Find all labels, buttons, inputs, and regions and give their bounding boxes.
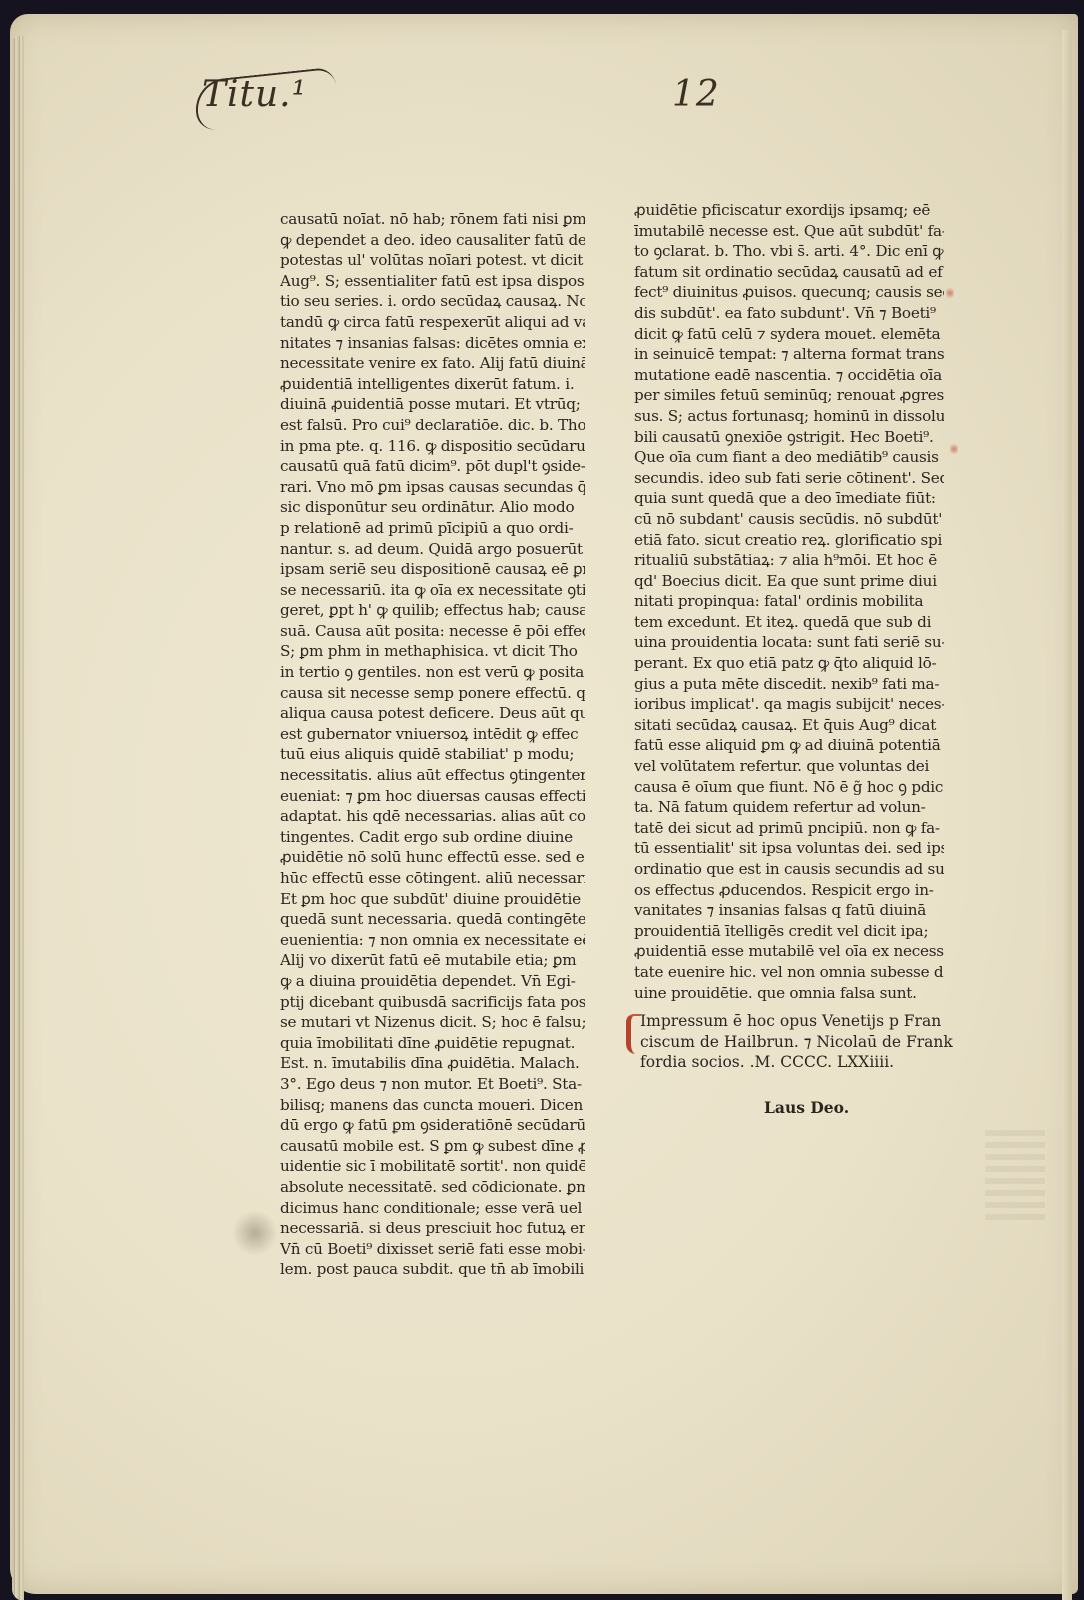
text-line: absolute necessitatē. sed cōdicionate. ꝑ… bbox=[280, 1177, 585, 1198]
red-marginal-mark bbox=[946, 286, 954, 300]
text-line: in tertio ꝯ gentiles. non est verū ꝙ pos… bbox=[280, 662, 585, 683]
text-line: dis subdūt'. ea fato subdunt'. Vn̄ ⁊ Boe… bbox=[634, 303, 944, 324]
text-line: vanitates ⁊ insanias falsas q fatū diuin… bbox=[634, 900, 944, 921]
text-line: etiā fato. sicut creatio reꝝ. glorificat… bbox=[634, 530, 944, 551]
show-through-text bbox=[985, 1130, 1045, 1220]
text-line: secundis. ideo sub fati serie cōtinent'.… bbox=[634, 468, 944, 489]
text-line: causatū quā fatū dicim⁹. pōt dupl't ꝯsid… bbox=[280, 456, 585, 477]
text-line: Et ꝑm hoc que subdūt' diuine prouidētie bbox=[280, 889, 585, 910]
text-line: sitati secūdaꝝ causaꝝ. Et q̄uis Aug⁹ dic… bbox=[634, 715, 944, 736]
text-line: ordinatio que est in causis secundis ad … bbox=[634, 859, 944, 880]
text-line: tū essentialit' sit ipsa voluntas dei. s… bbox=[634, 838, 944, 859]
text-line: suā. Causa aūt posita: necesse ē pōi eff… bbox=[280, 621, 585, 642]
text-line: in pma pte. q. 116. ꝙ dispositio secūdar… bbox=[280, 436, 585, 457]
colophon: Impressum ē hoc opus Venetijs p Fran cis… bbox=[640, 1012, 960, 1074]
text-line: hūc effectū esse cōtingent. aliū necessa… bbox=[280, 868, 585, 889]
text-line: īmutabilē necesse est. Que aūt subdūt' f… bbox=[634, 221, 944, 242]
text-line: to ꝯclarat. b. Tho. vbi s̄. arti. 4°. Di… bbox=[634, 241, 944, 262]
text-line: nitati propinqua: fatal' ordinis mobilit… bbox=[634, 591, 944, 612]
text-line: Alij vo dixerūt fatū eē mutabile etia; ꝑ… bbox=[280, 950, 585, 971]
text-line: Est. n. īmutabilis dīna ꝓuidētia. Malach… bbox=[280, 1053, 585, 1074]
text-line: fect⁹ diuinitus ꝓuisos. quecunq; causis … bbox=[634, 282, 944, 303]
text-line: nantur. s. ad deum. Quidā argo posuerūt bbox=[280, 539, 585, 560]
text-line: tem excedunt. Et iteꝝ. quedā que sub di bbox=[634, 612, 944, 633]
text-line: qd' Boecius dicit. Ea que sunt prime diu… bbox=[634, 571, 944, 592]
text-line: se necessariū. ita ꝙ oīa ex necessitate … bbox=[280, 580, 585, 601]
text-line: causa sit necesse semp ponere effectū. q… bbox=[280, 683, 585, 704]
text-line: perant. Ex quo etiā patz ꝙ q̄to aliquid … bbox=[634, 653, 944, 674]
text-line: necessitatis. alius aūt effectus ꝯtingen… bbox=[280, 765, 585, 786]
text-line: ioribus implicat'. qa magis subijcit' ne… bbox=[634, 694, 944, 715]
text-line: necessariā. si deus presciuit hoc futuꝝ … bbox=[280, 1218, 585, 1239]
colophon-line: Impressum ē hoc opus Venetijs p Fran bbox=[640, 1012, 960, 1033]
handwritten-title-note: Titu.¹ bbox=[202, 74, 307, 115]
text-line: p relationē ad primū pīcipiū a quo ordi- bbox=[280, 518, 585, 539]
text-line: gius a puta mēte discedit. nexib⁹ fati m… bbox=[634, 674, 944, 695]
text-line: quia īmobilitati dīne ꝓuidētie repugnat. bbox=[280, 1033, 585, 1054]
text-line: potestas ul' volūtas noīari potest. vt d… bbox=[280, 250, 585, 271]
right-text-column: ꝓuidētie pficiscatur exordijs ipsamq; eē… bbox=[634, 200, 944, 1003]
text-line: causa ē oīum que fiunt. Nō ē g̃ hoc ꝯ pd… bbox=[634, 777, 944, 798]
text-line: ꝓuidētie pficiscatur exordijs ipsamq; eē bbox=[634, 200, 944, 221]
text-line: S; ꝑm phm in methaphisica. vt dicit Tho bbox=[280, 641, 585, 662]
text-line: rari. Vno mō ꝑm ipsas causas secundas q̄ bbox=[280, 477, 585, 498]
text-line: est gubernator vniuersoꝝ intēdit ꝙ effec bbox=[280, 724, 585, 745]
text-line: 3°. Ego deus ⁊ non mutor. Et Boeti⁹. Sta… bbox=[280, 1074, 585, 1095]
text-line: Que oīa cum fiant a deo mediātib⁹ causis bbox=[634, 447, 944, 468]
text-line: dicimus hanc conditionale; esse verā uel bbox=[280, 1198, 585, 1219]
rubric-paragraph-mark bbox=[626, 1014, 641, 1054]
text-line: est falsū. Pro cui⁹ declaratiōe. dic. b.… bbox=[280, 415, 585, 436]
text-line: ꝙ dependet a deo. ideo causaliter fatū d… bbox=[280, 230, 585, 251]
colophon-line: fordia socios. .M. CCCC. LXXiiii. bbox=[640, 1053, 960, 1074]
text-line: vel volūtatem refertur. que voluntas dei bbox=[634, 756, 944, 777]
text-line: in seinuicē tempat: ⁊ alterna format tra… bbox=[634, 344, 944, 365]
text-line: ꝓuidentiā intelligentes dixerūt fatum. i… bbox=[280, 374, 585, 395]
text-line: ꝓuidētie nō solū hunc effectū esse. sed … bbox=[280, 847, 585, 868]
text-line: eueniat: ⁊ ꝑm hoc diuersas causas effect… bbox=[280, 786, 585, 807]
handwritten-folio-number: 12 bbox=[672, 74, 720, 115]
text-line: lem. post pauca subdit. que tn̄ ab īmobi… bbox=[280, 1259, 585, 1280]
text-line: ꝓuidentiā esse mutabilē vel oīa ex neces… bbox=[634, 941, 944, 962]
red-marginal-mark bbox=[950, 442, 958, 456]
text-line: fatum sit ordinatio secūdaꝝ causatū ad e… bbox=[634, 262, 944, 283]
text-line: ꝙ a diuina prouidētia dependet. Vn̄ Egi- bbox=[280, 971, 585, 992]
text-line: necessitate venire ex fato. Alij fatū di… bbox=[280, 353, 585, 374]
text-line: sic disponūtur seu ordinātur. Alio modo bbox=[280, 497, 585, 518]
text-line: causatū mobile est. S ꝑm ꝙ subest dīne ꝓ… bbox=[280, 1136, 585, 1157]
text-line: tuū eius aliquis quidē stabiliat' p modu… bbox=[280, 744, 585, 765]
text-line: ptij dicebant quibusdā sacrificijs fata … bbox=[280, 992, 585, 1013]
text-line: dicit ꝙ fatū celū ⁊ sydera mouet. elemēt… bbox=[634, 324, 944, 345]
text-line: causatū noīat. nō hab; rōnem fati nisi ꝑ… bbox=[280, 209, 585, 230]
text-line: cū nō subdant' causis secūdis. nō subdūt… bbox=[634, 509, 944, 530]
text-line: quedā sunt necessaria. quedā contingēter bbox=[280, 909, 585, 930]
text-line: Aug⁹. S; essentialiter fatū est ipsa dis… bbox=[280, 271, 585, 292]
text-line: dū ergo ꝙ fatū ꝑm ꝯsideratiōnē secūdarū bbox=[280, 1115, 585, 1136]
text-line: tate euenire hic. vel non omnia subesse … bbox=[634, 962, 944, 983]
text-line: Vn̄ cū Boeti⁹ dixisset seriē fati esse m… bbox=[280, 1239, 585, 1260]
text-line: os effectus ꝓducendos. Respicit ergo in- bbox=[634, 880, 944, 901]
text-line: per similes fetuū seminūq; renouat ꝓgres bbox=[634, 385, 944, 406]
text-line: uidentie sic ī mobilitatē sortit'. non q… bbox=[280, 1156, 585, 1177]
text-line: ipsam seriē seu dispositionē causaꝝ eē ꝑ… bbox=[280, 559, 585, 580]
text-line: uina prouidentia locata: sunt fati seriē… bbox=[634, 632, 944, 653]
text-line: geret, ꝑpt h' ꝙ quilib; effectus hab; ca… bbox=[280, 600, 585, 621]
text-line: bilisq; manens das cuncta moueri. Dicen bbox=[280, 1095, 585, 1116]
text-line: uine prouidētie. que omnia falsa sunt. bbox=[634, 983, 944, 1004]
text-line: tandū ꝙ circa fatū respexerūt aliqui ad … bbox=[280, 312, 585, 333]
left-text-column: causatū noīat. nō hab; rōnem fati nisi ꝑ… bbox=[280, 209, 585, 1280]
text-line: aliqua causa potest deficere. Deus aūt q… bbox=[280, 703, 585, 724]
text-line: bili causatū ꝯnexiōe ꝯstrigit. Hec Boeti… bbox=[634, 427, 944, 448]
text-line: tatē dei sicut ad primū pncipiū. non ꝙ f… bbox=[634, 818, 944, 839]
text-line: euenientia: ⁊ non omnia ex necessitate e… bbox=[280, 930, 585, 951]
text-line: ta. Nā fatum quidem refertur ad volun- bbox=[634, 797, 944, 818]
text-line: fatū esse aliquid ꝑm ꝙ ad diuinā potenti… bbox=[634, 735, 944, 756]
text-line: diuinā ꝓuidentiā posse mutari. Et vtrūq; bbox=[280, 394, 585, 415]
text-line: sus. S; actus fortunasq; hominū in disso… bbox=[634, 406, 944, 427]
colophon-line: ciscum de Hailbrun. ⁊ Nicolaū de Frank bbox=[640, 1033, 960, 1054]
text-line: se mutari vt Nizenus dicit. S; hoc ē fal… bbox=[280, 1012, 585, 1033]
closing-laus-deo: Laus Deo. bbox=[764, 1098, 849, 1117]
ink-stain bbox=[232, 1210, 278, 1256]
page-right-edge bbox=[1062, 30, 1072, 1600]
text-line: mutatione eadē nascentia. ⁊ occidētia oī… bbox=[634, 365, 944, 386]
text-line: ritualiū substātiaꝝ: ⁊ alia h⁹mōi. Et ho… bbox=[634, 550, 944, 571]
text-line: tingentes. Cadit ergo sub ordine diuine bbox=[280, 827, 585, 848]
text-line: prouidentiā ītelligēs credit vel dicit i… bbox=[634, 921, 944, 942]
text-line: nitates ⁊ insanias falsas: dicētes omnia… bbox=[280, 333, 585, 354]
text-line: tio seu series. i. ordo secūdaꝝ causaꝝ. … bbox=[280, 291, 585, 312]
text-line: adaptat. his qdē necessarias. alias aūt … bbox=[280, 806, 585, 827]
page-leaf-edges bbox=[12, 36, 24, 1600]
text-line: quia sunt quedā que a deo īmediate fiūt: bbox=[634, 488, 944, 509]
